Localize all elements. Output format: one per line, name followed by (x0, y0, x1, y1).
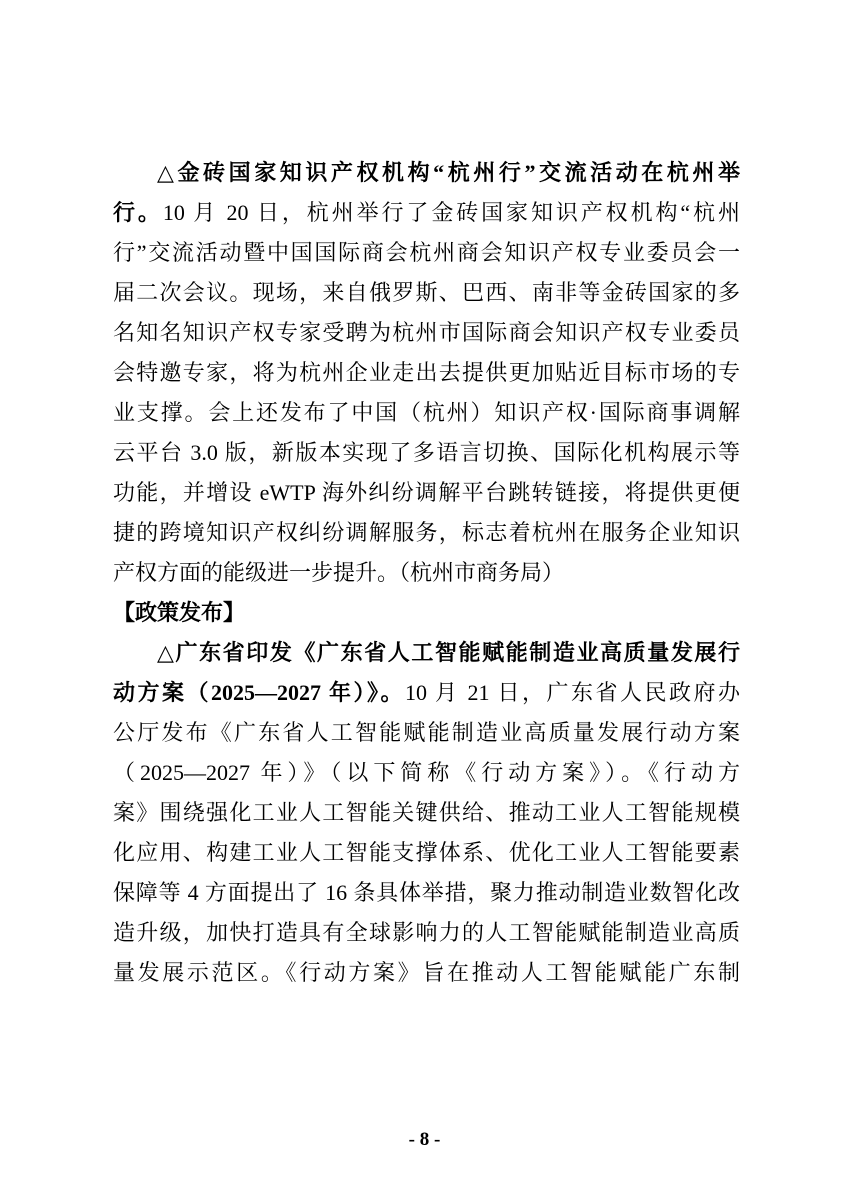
text-segment: 云平台 3.0 版，新版本实现了多语言切换、国际化机构展示等 (113, 440, 740, 465)
text-segment: 名知名知识产权专家受聘为杭州市国际商会知识产权专业委员 (113, 320, 740, 345)
text-segment: 届二次会议。现场，来自俄罗斯、巴西、南非等金砖国家的多 (113, 280, 740, 305)
text-segment: 行”交流活动暨中国国际商会杭州商会知识产权专业委员会一 (113, 240, 740, 265)
bold-text-segment: 动方案（2025—2027 年）》。 (113, 680, 405, 705)
text-segment: 捷的跨境知识产权纠纷调解服务，标志着杭州在服务企业知识 (113, 520, 740, 545)
text-segment: 业支撑。会上还发布了中国（杭州）知识产权·国际商事调解 (113, 400, 740, 425)
text-line: 行。10 月 20 日，杭州举行了金砖国家知识产权机构“杭州 (113, 193, 740, 233)
text-segment: 产权方面的能级进一步提升。（杭州市商务局） (113, 560, 564, 585)
bold-text-segment: △金砖国家知识产权机构“杭州行”交流活动在杭州举 (157, 160, 740, 185)
text-segment: 会特邀专家，将为杭州企业走出去提供更加贴近目标市场的专 (113, 360, 740, 385)
text-line: 名知名知识产权专家受聘为杭州市国际商会知识产权专业委员 (113, 313, 740, 353)
text-line: 化应用、构建工业人工智能支撑体系、优化工业人工智能要素 (113, 833, 740, 873)
text-line: 造升级，加快打造具有全球影响力的人工智能赋能制造业高质 (113, 913, 740, 953)
text-line: （2025—2027 年）》（以下简称《行动方案》）。《行动方 (113, 753, 740, 793)
text-line: 行”交流活动暨中国国际商会杭州商会知识产权专业委员会一 (113, 233, 740, 273)
text-segment: （2025—2027 年）》（以下简称《行动方案》）。《行动方 (113, 760, 740, 785)
section-heading-policy-release: 【政策发布】 (113, 593, 740, 633)
text-line: 业支撑。会上还发布了中国（杭州）知识产权·国际商事调解 (113, 393, 740, 433)
document-body: △金砖国家知识产权机构“杭州行”交流活动在杭州举行。10 月 20 日，杭州举行… (113, 153, 740, 993)
text-segment: 10 月 20 日，杭州举行了金砖国家知识产权机构“杭州 (163, 200, 740, 225)
text-segment: 保障等 4 方面提出了 16 条具体举措，聚力推动制造业数智化改 (113, 880, 740, 905)
text-line: 功能，并增设 eWTP 海外纠纷调解平台跳转链接，将提供更便 (113, 473, 740, 513)
bold-text-segment: 行。 (113, 200, 163, 225)
text-segment: 10 月 21 日，广东省人民政府办 (405, 680, 740, 705)
text-line: 保障等 4 方面提出了 16 条具体举措，聚力推动制造业数智化改 (113, 873, 740, 913)
text-line: 公厅发布《广东省人工智能赋能制造业高质量发展行动方案 (113, 713, 740, 753)
bold-text-segment: △广东省印发《广东省人工智能赋能制造业高质量发展行 (157, 640, 740, 665)
text-segment: 造升级，加快打造具有全球影响力的人工智能赋能制造业高质 (113, 920, 740, 945)
text-line: △金砖国家知识产权机构“杭州行”交流活动在杭州举 (113, 153, 740, 193)
text-line: 产权方面的能级进一步提升。（杭州市商务局） (113, 553, 740, 593)
page-number: - 8 - (0, 1128, 849, 1152)
text-line: 案》围绕强化工业人工智能关键供给、推动工业人工智能规模 (113, 793, 740, 833)
text-segment: 公厅发布《广东省人工智能赋能制造业高质量发展行动方案 (113, 720, 740, 745)
text-segment: 案》围绕强化工业人工智能关键供给、推动工业人工智能规模 (113, 800, 740, 825)
text-line: △广东省印发《广东省人工智能赋能制造业高质量发展行 (113, 633, 740, 673)
text-line: 届二次会议。现场，来自俄罗斯、巴西、南非等金砖国家的多 (113, 273, 740, 313)
text-segment: 化应用、构建工业人工智能支撑体系、优化工业人工智能要素 (113, 840, 740, 865)
text-segment: 量发展示范区。《行动方案》旨在推动人工智能赋能广东制 (113, 960, 740, 985)
text-line: 动方案（2025—2027 年）》。10 月 21 日，广东省人民政府办 (113, 673, 740, 713)
text-line: 量发展示范区。《行动方案》旨在推动人工智能赋能广东制 (113, 953, 740, 993)
news-item-guangdong-ai-plan: △广东省印发《广东省人工智能赋能制造业高质量发展行动方案（2025—2027 年… (113, 633, 740, 993)
text-line: 会特邀专家，将为杭州企业走出去提供更加贴近目标市场的专 (113, 353, 740, 393)
text-line: 捷的跨境知识产权纠纷调解服务，标志着杭州在服务企业知识 (113, 513, 740, 553)
text-segment: 功能，并增设 eWTP 海外纠纷调解平台跳转链接，将提供更便 (113, 480, 740, 505)
bold-text-segment: 【政策发布】 (113, 600, 245, 625)
text-line: 云平台 3.0 版，新版本实现了多语言切换、国际化机构展示等 (113, 433, 740, 473)
news-item-hangzhou-ip-exchange: △金砖国家知识产权机构“杭州行”交流活动在杭州举行。10 月 20 日，杭州举行… (113, 153, 740, 593)
document-page: △金砖国家知识产权机构“杭州行”交流活动在杭州举行。10 月 20 日，杭州举行… (0, 0, 849, 1200)
text-line: 【政策发布】 (113, 593, 740, 633)
